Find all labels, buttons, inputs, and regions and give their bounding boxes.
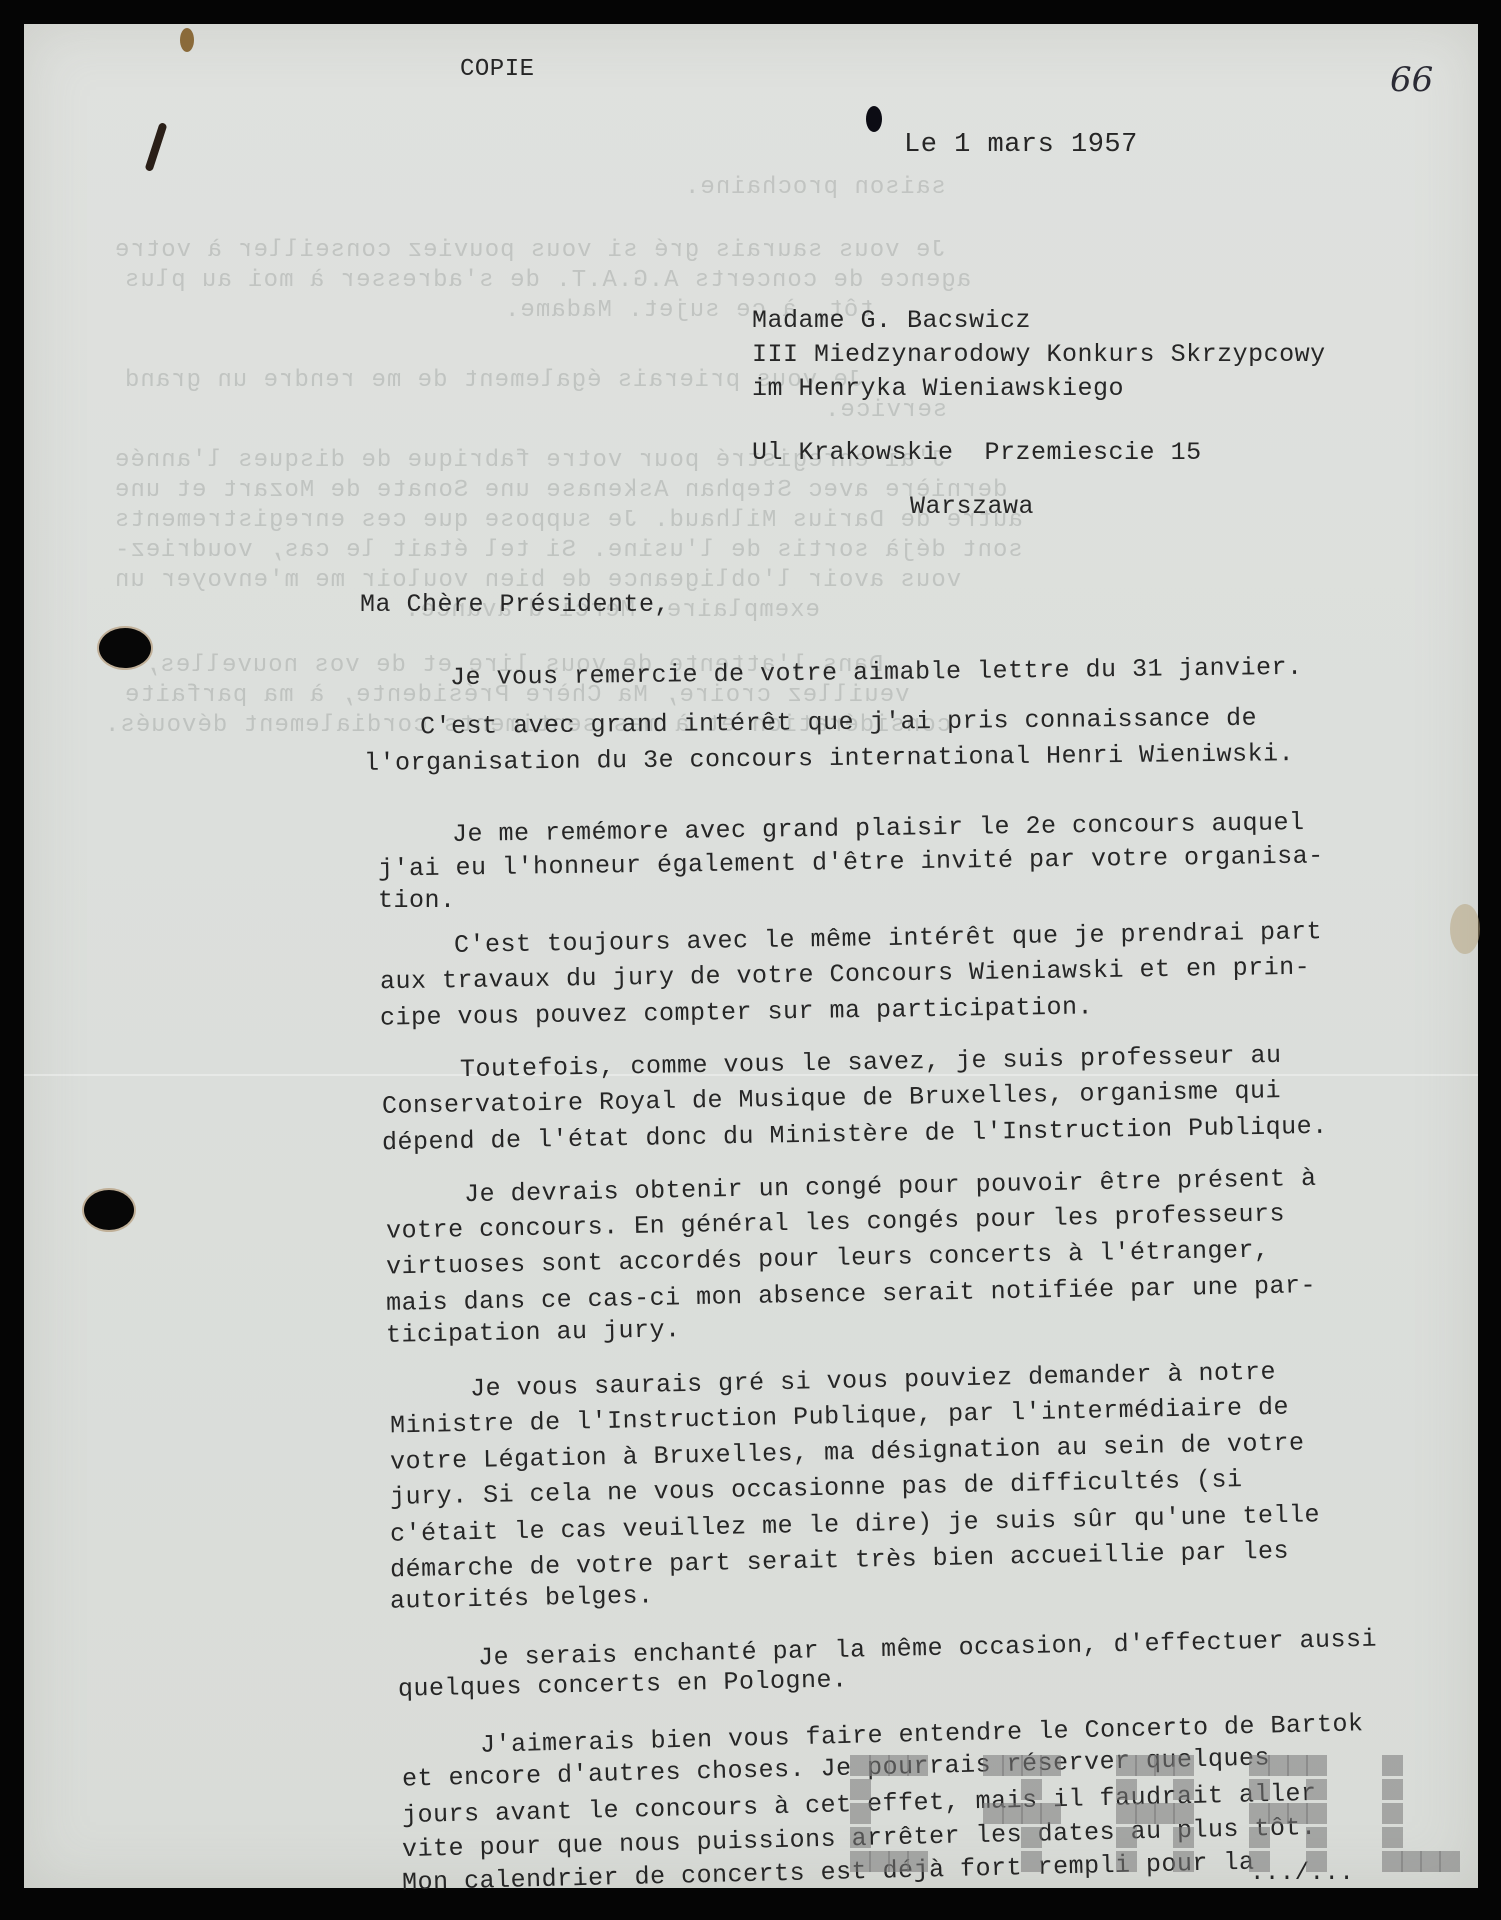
watermark-block bbox=[1382, 1755, 1403, 1776]
recipient-org: III Miedzynarodowy Konkurs Skrzypcowy bbox=[752, 340, 1326, 369]
watermark-block bbox=[1306, 1827, 1327, 1848]
watermark-block bbox=[1116, 1779, 1137, 1800]
watermark-block bbox=[907, 1755, 928, 1776]
watermark-block bbox=[1249, 1779, 1270, 1800]
watermark-block bbox=[1116, 1755, 1137, 1776]
watermark-block bbox=[1249, 1803, 1270, 1824]
watermark-block bbox=[1154, 1803, 1175, 1824]
watermark-block bbox=[1306, 1755, 1327, 1776]
letter-date: Le 1 mars 1957 bbox=[904, 130, 1138, 160]
watermark-block bbox=[1040, 1803, 1061, 1824]
watermark-block bbox=[1040, 1755, 1061, 1776]
watermark-block bbox=[850, 1755, 871, 1776]
watermark-block bbox=[850, 1803, 871, 1824]
watermark-block bbox=[1021, 1803, 1042, 1824]
watermark-block bbox=[1306, 1851, 1327, 1872]
watermark-block bbox=[1382, 1827, 1403, 1848]
watermark-block bbox=[1021, 1827, 1042, 1848]
watermark-block bbox=[1154, 1755, 1175, 1776]
salutation: Ma Chère Présidente, bbox=[360, 590, 670, 619]
ink-mark bbox=[144, 122, 167, 172]
watermark-block bbox=[1116, 1827, 1137, 1848]
rust-stain bbox=[180, 28, 194, 52]
watermark-block bbox=[850, 1779, 871, 1800]
page-number: 66 bbox=[1390, 60, 1433, 100]
letter-page: saison prochaine. Je vous saurais gré si… bbox=[24, 24, 1478, 1888]
watermark-block bbox=[1249, 1851, 1270, 1872]
watermark-block bbox=[888, 1755, 909, 1776]
watermark-block bbox=[983, 1755, 1004, 1776]
watermark-block bbox=[1116, 1803, 1137, 1824]
watermark-block bbox=[1021, 1779, 1042, 1800]
watermark-block bbox=[1382, 1803, 1403, 1824]
watermark-block bbox=[907, 1851, 928, 1872]
watermark-block bbox=[888, 1851, 909, 1872]
watermark-block bbox=[1420, 1851, 1441, 1872]
watermark-block bbox=[1249, 1827, 1270, 1848]
water-stain bbox=[1450, 904, 1480, 954]
watermark-block bbox=[983, 1803, 1004, 1824]
watermark-block bbox=[1401, 1851, 1422, 1872]
watermark-block bbox=[1173, 1803, 1194, 1824]
punch-hole-lower bbox=[84, 1190, 134, 1230]
recipient-org-2: im Henryka Wieniawskiego bbox=[752, 374, 1124, 403]
watermark-block bbox=[1306, 1779, 1327, 1800]
watermark-block bbox=[1287, 1755, 1308, 1776]
watermark-block bbox=[1287, 1803, 1308, 1824]
watermark-block bbox=[1382, 1779, 1403, 1800]
watermark-block bbox=[1021, 1755, 1042, 1776]
copy-label: COPIE bbox=[460, 56, 535, 83]
ink-dot bbox=[866, 106, 882, 132]
watermark-block bbox=[1135, 1755, 1156, 1776]
watermark-block bbox=[850, 1851, 871, 1872]
watermark-block bbox=[869, 1851, 890, 1872]
watermark-block bbox=[1268, 1803, 1289, 1824]
watermark-block bbox=[1173, 1779, 1194, 1800]
watermark-block bbox=[1173, 1827, 1194, 1848]
watermark-block bbox=[1173, 1851, 1194, 1872]
watermark-block bbox=[1382, 1851, 1403, 1872]
recipient-city: Warszawa bbox=[910, 492, 1034, 521]
watermark-block bbox=[1002, 1755, 1023, 1776]
watermark-block bbox=[1173, 1755, 1194, 1776]
watermark-block bbox=[1021, 1851, 1042, 1872]
watermark-block bbox=[1002, 1803, 1023, 1824]
recipient-street: Ul Krakowskie Przemiescie 15 bbox=[752, 438, 1202, 467]
recipient-name: Madame G. Bacswicz bbox=[752, 306, 1031, 335]
watermark-block bbox=[1249, 1755, 1270, 1776]
watermark-block bbox=[1116, 1851, 1137, 1872]
watermark-block bbox=[850, 1827, 871, 1848]
watermark-block bbox=[1439, 1851, 1460, 1872]
watermark-block bbox=[1135, 1803, 1156, 1824]
watermark-block bbox=[1306, 1803, 1327, 1824]
watermark-block bbox=[1268, 1755, 1289, 1776]
watermark-block bbox=[869, 1755, 890, 1776]
